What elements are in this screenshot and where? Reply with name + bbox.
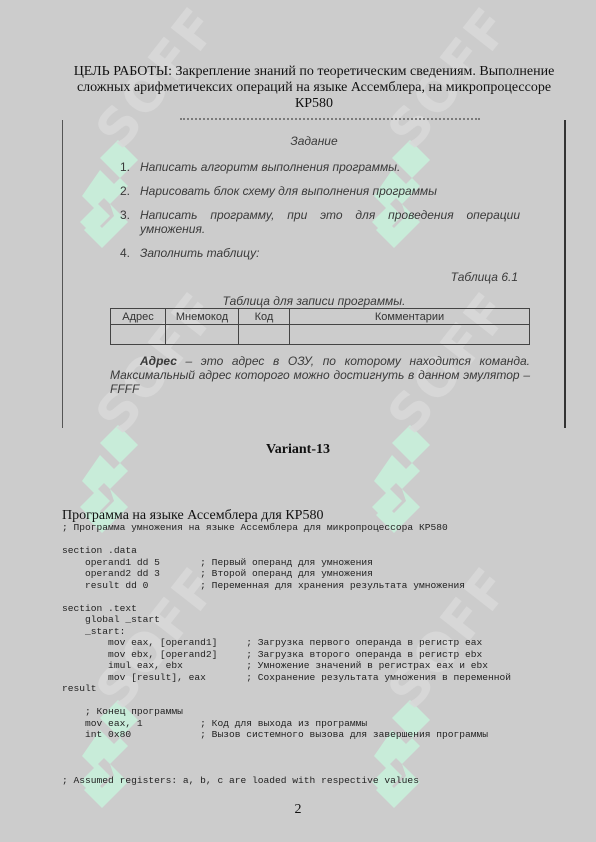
table-cell [111, 325, 166, 345]
assembly-code-block: ; Программа умножения на языке Ассемблер… [62, 522, 511, 787]
table-header-cell: Код [239, 309, 290, 325]
task-item: 4.Заполнить таблицу: [120, 246, 520, 260]
table-cell [166, 325, 239, 345]
variant-heading: Variant-13 [0, 442, 596, 458]
image-border-right [564, 120, 566, 428]
task-text: Написать алгоритм выполнения программы. [140, 160, 520, 174]
table-label: Таблица 6.1 [451, 270, 518, 284]
document-page: SOFFSOFFSOFFSOFFSOFFSOFF ЦЕЛЬ РАБОТЫ: За… [0, 0, 596, 842]
task-title: Задание [62, 134, 566, 148]
cut-off-heading [180, 114, 480, 120]
task-text: Нарисовать блок схему для выполнения про… [140, 184, 520, 198]
table-header-cell: Адрес [111, 309, 166, 325]
task-item: 2.Нарисовать блок схему для выполнения п… [120, 184, 520, 198]
table-cell [239, 325, 290, 345]
page-number: 2 [0, 802, 596, 818]
table-header-cell: Комментарии [290, 309, 530, 325]
task-item: 3.Написать программу, при это для провед… [120, 208, 520, 236]
table-title: Таблица для записи программы. [62, 294, 566, 308]
task-number: 1. [120, 160, 130, 174]
task-text: Написать программу, при это для проведен… [140, 208, 520, 236]
table-cell [290, 325, 530, 345]
table-header-row: Адрес Мнемокод Код Комментарии [111, 309, 530, 325]
task-number: 3. [120, 208, 130, 222]
address-note: Адрес – это адрес в ОЗУ, по которому нах… [110, 354, 530, 396]
task-item: 1.Написать алгоритм выполнения программы… [120, 160, 520, 174]
goal-paragraph: ЦЕЛЬ РАБОТЫ: Закрепление знаний по теоре… [62, 64, 566, 112]
task-number: 4. [120, 246, 130, 260]
table-header-cell: Мнемокод [166, 309, 239, 325]
note-term: Адрес [140, 354, 177, 368]
image-border-left [62, 120, 63, 428]
task-number: 2. [120, 184, 130, 198]
embedded-task-image: Задание 1.Написать алгоритм выполнения п… [62, 120, 566, 428]
task-list: 1.Написать алгоритм выполнения программы… [120, 160, 520, 270]
task-text: Заполнить таблицу: [140, 246, 520, 260]
program-table: Адрес Мнемокод Код Комментарии [110, 308, 530, 345]
table-row [111, 325, 530, 345]
